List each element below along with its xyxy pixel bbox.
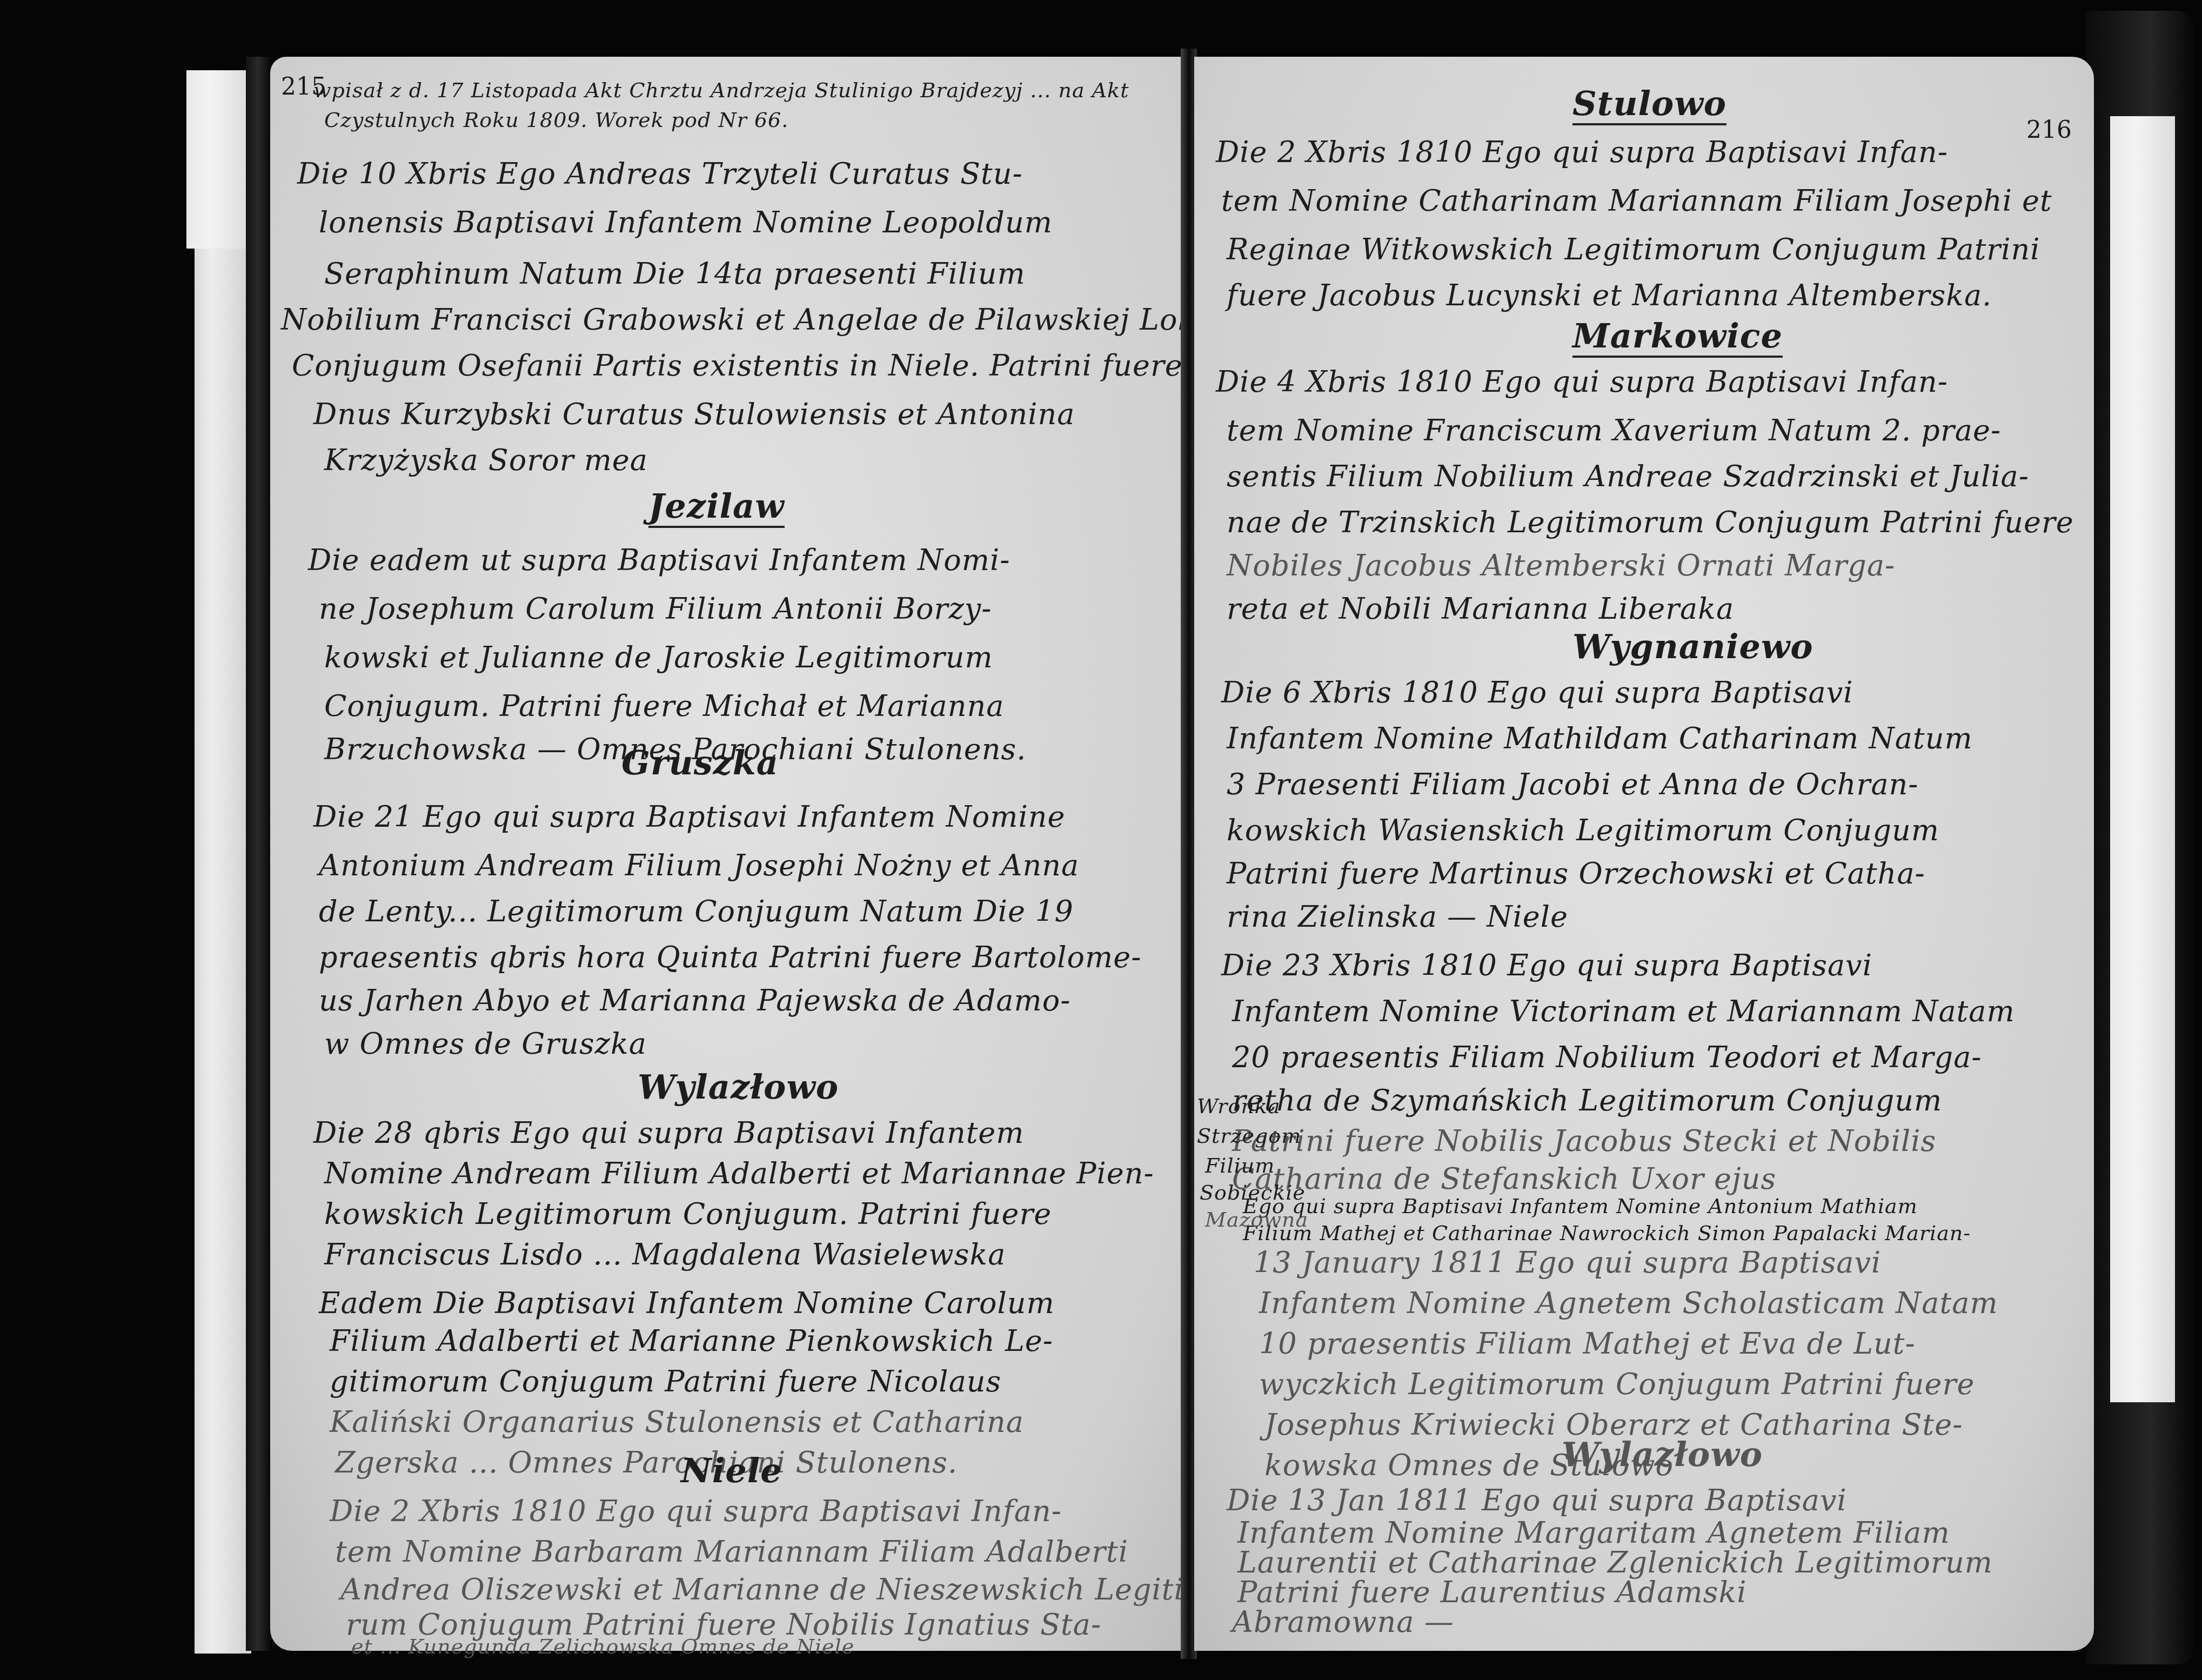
entry-line: Die 6 Xbris 1810 Ego qui supra Baptisavi [1221,675,1853,710]
entry-line: sentis Filium Nobilium Andreae Szadrzins… [1227,459,2029,493]
entry-line: Die 4 Xbris 1810 Ego qui supra Baptisavi… [1216,365,1948,399]
entry-line: Dnus Kurzybski Curatus Stulowiensis et A… [313,397,1075,431]
entry-line: w Omnes de Gruszka [324,1027,647,1061]
entry-line: Franciscus Lisdo ... Magdalena Wasielews… [324,1237,1006,1271]
entry-line: Kaliński Organarius Stulonensis et Catha… [330,1405,1024,1439]
entry-line: kowskich Legitimorum Conjugum. Patrini f… [324,1197,1052,1231]
entry-line: Infantem Nomine Agnetem Scholasticam Nat… [1259,1286,1998,1320]
entry-line: reta et Nobili Marianna Liberaka [1227,592,1734,626]
entry-line: et ... Kunegunda Zelichowska Omnes de Ni… [351,1635,854,1658]
right-page: 216 Stulowo Die 2 Xbris 1810 Ego qui sup… [1194,57,2094,1651]
entry-line: Laurentii et Catharinae Zglenickich Legi… [1237,1545,1993,1579]
entry-line: rina Zielinska — Niele [1227,900,1568,934]
entry-line: Abramowna — [1232,1605,1454,1639]
entry-line: Nobilium Francisci Grabowski et Angelae … [281,303,1207,337]
entry-line: Krzyżyska Soror mea [324,443,648,477]
margin-note: Wronka [1197,1094,1281,1118]
entry-line: 10 praesentis Filiam Mathej et Eva de Lu… [1259,1327,1916,1361]
left-page: 215 wpisał z d. 17 Listopada Akt Chrztu … [270,57,1186,1651]
entry-line: Andrea Oliszewski et Marianne de Nieszew… [340,1572,1241,1607]
entry-line: Die 2 Xbris 1810 Ego qui supra Baptisavi… [1216,135,1948,169]
entry-line: tem Nomine Barbaram Mariannam Filiam Ada… [335,1535,1128,1569]
entry-line: nae de Trzinskich Legitimorum Conjugum P… [1227,505,2074,539]
entry-line: us Jarhen Abyo et Marianna Pajewska de A… [319,983,1070,1018]
entry-line: 3 Praesenti Filiam Jacobi et Anna de Och… [1227,767,1919,801]
margin-note: Strzegom [1197,1124,1301,1148]
left-paper-tab-lower [195,249,251,1654]
place-heading: Wylazłowo [638,1067,839,1107]
entry-line: Patrini fuere Martinus Orzechowski et Ca… [1227,856,1925,891]
entry-line: Antonium Andream Filium Josephi Nożny et… [319,848,1079,882]
entry-line: Die 23 Xbris 1810 Ego qui supra Baptisav… [1221,948,1872,982]
place-heading: Gruszka [621,743,779,782]
place-heading: Wylazłowo [1562,1435,1763,1474]
entry-line: Reginae Witkowskich Legitimorum Conjugum… [1227,232,2040,266]
entry-line: Catharina de Stefanskich Uxor ejus [1232,1162,1776,1196]
entry-line: Die 21 Ego qui supra Baptisavi Infantem … [313,800,1066,834]
entry-line: Die eadem ut supra Baptisavi Infantem No… [308,543,1010,577]
entry-line: ne Josephum Carolum Filium Antonii Borzy… [319,592,992,626]
entry-line: Conjugum Osefanii Partis existentis in N… [292,349,1256,383]
entry-line: fuere Jacobus Lucynski et Marianna Altem… [1227,278,1992,312]
entry-line: lonensis Baptisavi Infantem Nomine Leopo… [319,205,1053,239]
entry-line: tem Nomine Catharinam Mariannam Filiam J… [1221,184,2052,218]
entry-line: Infantem Nomine Victorinam et Mariannam … [1232,994,2015,1028]
place-heading: Niele [681,1451,782,1490]
entry-line: Die 28 qbris Ego qui supra Baptisavi Inf… [313,1116,1025,1150]
entry-line: Infantem Nomine Margaritam Agnetem Filia… [1237,1516,1950,1550]
entry-line: de Lenty... Legitimorum Conjugum Natum D… [319,894,1074,928]
entry-line: Eadem Die Baptisavi Infantem Nomine Caro… [319,1286,1055,1320]
entry-line-insert: Ego qui supra Baptisavi Infantem Nomine … [1243,1194,1918,1218]
entry-line: Zgerska ... Omnes Parochiani Stulonens. [335,1445,958,1480]
entry-line: gitimorum Conjugum Patrini fuere Nicolau… [330,1364,1001,1398]
header-note-line2: Czystulnych Roku 1809. Worek pod Nr 66. [324,108,788,132]
header-note-line1: wpisał z d. 17 Listopada Akt Chrztu Andr… [313,78,1129,102]
entry-line: Patrini fuere Laurentius Adamski [1237,1575,1746,1609]
place-heading: Markowice [1572,316,1783,358]
book-edge-left [246,57,270,1651]
entry-line: Filium Adalberti et Marianne Pienkowskic… [330,1324,1053,1358]
entry-line: praesentis qbris hora Quinta Patrini fue… [319,940,1141,974]
entry-line: wyczkich Legitimorum Conjugum Patrini fu… [1259,1367,1975,1401]
entry-line: retha de Szymańskich Legitimorum Conjugu… [1232,1083,1942,1117]
entry-line: Conjugum. Patrini fuere Michał et Marian… [324,689,1005,723]
entry-line: 20 praesentis Filiam Nobilium Teodori et… [1232,1040,1982,1074]
margin-note: Sobieckie [1200,1181,1306,1204]
entry-line: Infantem Nomine Mathildam Catharinam Nat… [1227,721,1973,755]
entry-line: kowskich Wasienskich Legitimorum Conjugu… [1227,813,1939,847]
entry-line: Seraphinum Natum Die 14ta praesenti Fili… [324,257,1026,291]
left-paper-tab-upper [186,70,249,249]
entry-line-insert: Filium Mathej et Catharinae Nawrockich S… [1243,1221,1971,1245]
entry-line: Patrini fuere Nobilis Jacobus Stecki et … [1232,1124,1936,1158]
margin-note: Filium [1205,1154,1275,1177]
entry-line: Die 13 Jan 1811 Ego qui supra Baptisavi [1227,1483,1847,1517]
place-heading: Wygnaniewo [1572,627,1813,666]
entry-line: Die 10 Xbris Ego Andreas Trzyteli Curatu… [297,157,1023,191]
margin-note: Mazowna [1205,1208,1308,1231]
entry-line: tem Nomine Franciscum Xaverium Natum 2. … [1227,413,2001,447]
place-heading: Jezilaw [648,486,785,528]
entry-line: Die 2 Xbris 1810 Ego qui supra Baptisavi… [330,1494,1062,1528]
page-number-right: 216 [2026,116,2072,144]
right-paper-tab [2110,116,2175,1402]
entry-line: kowski et Julianne de Jaroskie Legitimor… [324,640,993,674]
entry-line: Nomine Andream Filium Adalberti et Maria… [324,1156,1154,1190]
place-heading: Stulowo [1572,84,1726,125]
entry-line: Nobiles Jacobus Altemberski Ornati Marga… [1227,548,1895,583]
entry-line: 13 January 1811 Ego qui supra Baptisavi [1254,1246,1881,1280]
